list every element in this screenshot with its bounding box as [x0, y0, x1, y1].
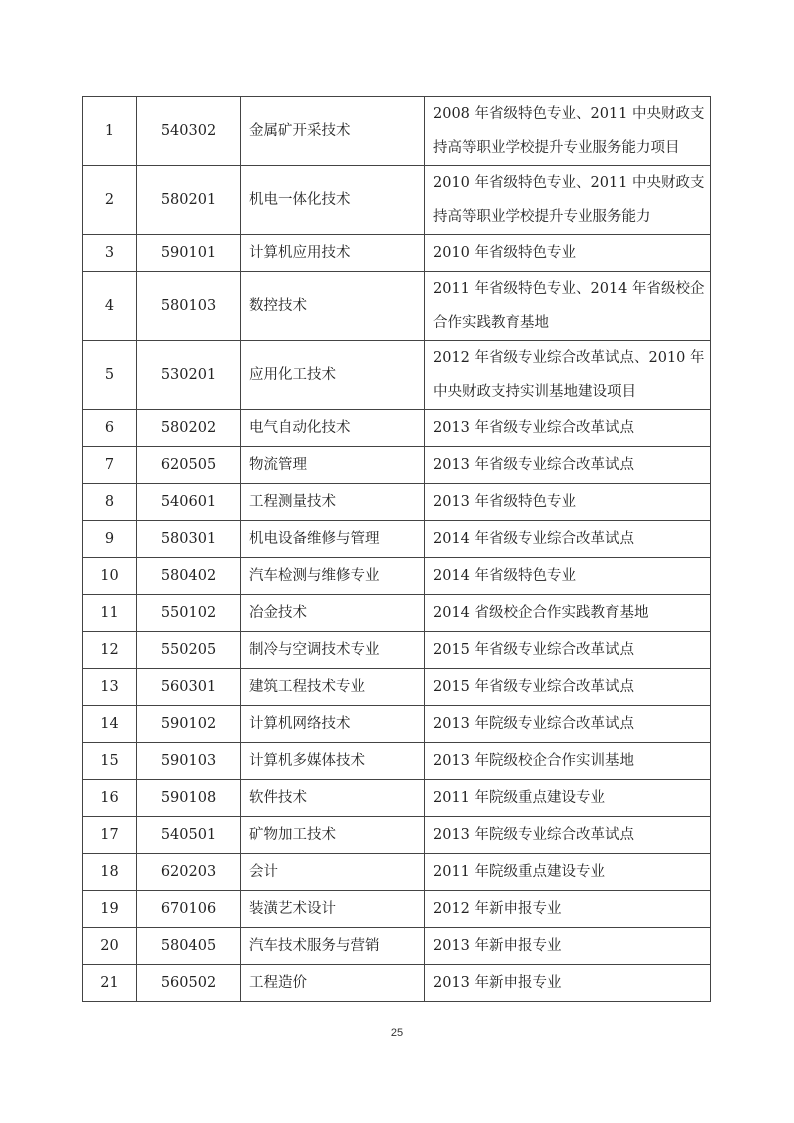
major-name-cell: 汽车技术服务与营销	[241, 928, 425, 965]
row-number-cell: 14	[83, 706, 137, 743]
major-code-cell: 620203	[137, 854, 241, 891]
majors-table: 1540302金属矿开采技术2008 年省级特色专业、2011 中央财政支持高等…	[82, 96, 711, 1002]
table-row: 4580103数控技术2011 年省级特色专业、2014 年省级校企合作实践教育…	[83, 272, 711, 341]
major-name-cell: 物流管理	[241, 447, 425, 484]
major-name-cell: 机电设备维修与管理	[241, 521, 425, 558]
major-name-cell: 工程测量技术	[241, 484, 425, 521]
major-description-cell: 2013 年院级专业综合改革试点	[425, 706, 711, 743]
major-description-cell: 2013 年省级专业综合改革试点	[425, 447, 711, 484]
row-number-cell: 5	[83, 341, 137, 410]
major-description-cell: 2015 年省级专业综合改革试点	[425, 669, 711, 706]
row-number-cell: 9	[83, 521, 137, 558]
major-description-cell: 2011 年省级特色专业、2014 年省级校企合作实践教育基地	[425, 272, 711, 341]
major-name-cell: 装潢艺术设计	[241, 891, 425, 928]
major-description-cell: 2010 年省级特色专业、2011 中央财政支持高等职业学校提升专业服务能力	[425, 166, 711, 235]
major-description-cell: 2013 年省级特色专业	[425, 484, 711, 521]
table-row: 20580405汽车技术服务与营销2013 年新申报专业	[83, 928, 711, 965]
row-number-cell: 3	[83, 235, 137, 272]
major-code-cell: 540501	[137, 817, 241, 854]
row-number-cell: 15	[83, 743, 137, 780]
row-number-cell: 13	[83, 669, 137, 706]
row-number-cell: 19	[83, 891, 137, 928]
major-description-cell: 2011 年院级重点建设专业	[425, 780, 711, 817]
table-row: 18620203会计2011 年院级重点建设专业	[83, 854, 711, 891]
major-name-cell: 冶金技术	[241, 595, 425, 632]
row-number-cell: 2	[83, 166, 137, 235]
major-name-cell: 计算机应用技术	[241, 235, 425, 272]
row-number-cell: 4	[83, 272, 137, 341]
table-row: 19670106装潢艺术设计2012 年新申报专业	[83, 891, 711, 928]
major-code-cell: 580202	[137, 410, 241, 447]
row-number-cell: 10	[83, 558, 137, 595]
major-description-cell: 2010 年省级特色专业	[425, 235, 711, 272]
majors-table-body: 1540302金属矿开采技术2008 年省级特色专业、2011 中央财政支持高等…	[83, 97, 711, 1002]
major-code-cell: 580201	[137, 166, 241, 235]
major-description-cell: 2012 年省级专业综合改革试点、2010 年中央财政支持实训基地建设项目	[425, 341, 711, 410]
major-name-cell: 制冷与空调技术专业	[241, 632, 425, 669]
major-code-cell: 670106	[137, 891, 241, 928]
major-description-cell: 2013 年院级专业综合改革试点	[425, 817, 711, 854]
major-code-cell: 590102	[137, 706, 241, 743]
row-number-cell: 17	[83, 817, 137, 854]
table-row: 6580202电气自动化技术2013 年省级专业综合改革试点	[83, 410, 711, 447]
table-row: 13560301建筑工程技术专业2015 年省级专业综合改革试点	[83, 669, 711, 706]
table-row: 15590103计算机多媒体技术2013 年院级校企合作实训基地	[83, 743, 711, 780]
major-description-cell: 2011 年院级重点建设专业	[425, 854, 711, 891]
row-number-cell: 16	[83, 780, 137, 817]
major-code-cell: 580103	[137, 272, 241, 341]
major-description-cell: 2013 年新申报专业	[425, 928, 711, 965]
row-number-cell: 18	[83, 854, 137, 891]
major-name-cell: 金属矿开采技术	[241, 97, 425, 166]
major-code-cell: 540601	[137, 484, 241, 521]
major-code-cell: 620505	[137, 447, 241, 484]
row-number-cell: 1	[83, 97, 137, 166]
table-row: 2580201机电一体化技术2010 年省级特色专业、2011 中央财政支持高等…	[83, 166, 711, 235]
major-description-cell: 2012 年新申报专业	[425, 891, 711, 928]
major-code-cell: 580402	[137, 558, 241, 595]
major-code-cell: 550102	[137, 595, 241, 632]
table-row: 5530201应用化工技术2012 年省级专业综合改革试点、2010 年中央财政…	[83, 341, 711, 410]
row-number-cell: 7	[83, 447, 137, 484]
row-number-cell: 11	[83, 595, 137, 632]
table-row: 7620505物流管理2013 年省级专业综合改革试点	[83, 447, 711, 484]
major-description-cell: 2014 省级校企合作实践教育基地	[425, 595, 711, 632]
major-name-cell: 机电一体化技术	[241, 166, 425, 235]
major-name-cell: 计算机网络技术	[241, 706, 425, 743]
major-name-cell: 建筑工程技术专业	[241, 669, 425, 706]
major-code-cell: 560301	[137, 669, 241, 706]
row-number-cell: 21	[83, 965, 137, 1002]
page-number: 25	[0, 1027, 794, 1039]
major-description-cell: 2008 年省级特色专业、2011 中央财政支持高等职业学校提升专业服务能力项目	[425, 97, 711, 166]
major-code-cell: 550205	[137, 632, 241, 669]
major-description-cell: 2013 年院级校企合作实训基地	[425, 743, 711, 780]
major-name-cell: 电气自动化技术	[241, 410, 425, 447]
major-code-cell: 590108	[137, 780, 241, 817]
table-row: 10580402汽车检测与维修专业2014 年省级特色专业	[83, 558, 711, 595]
major-name-cell: 会计	[241, 854, 425, 891]
table-row: 21560502工程造价2013 年新申报专业	[83, 965, 711, 1002]
row-number-cell: 20	[83, 928, 137, 965]
major-code-cell: 580301	[137, 521, 241, 558]
row-number-cell: 8	[83, 484, 137, 521]
table-row: 1540302金属矿开采技术2008 年省级特色专业、2011 中央财政支持高等…	[83, 97, 711, 166]
major-description-cell: 2015 年省级专业综合改革试点	[425, 632, 711, 669]
major-code-cell: 530201	[137, 341, 241, 410]
major-name-cell: 汽车检测与维修专业	[241, 558, 425, 595]
table-row: 14590102计算机网络技术2013 年院级专业综合改革试点	[83, 706, 711, 743]
major-name-cell: 工程造价	[241, 965, 425, 1002]
major-name-cell: 矿物加工技术	[241, 817, 425, 854]
table-row: 3590101计算机应用技术2010 年省级特色专业	[83, 235, 711, 272]
major-name-cell: 计算机多媒体技术	[241, 743, 425, 780]
major-description-cell: 2013 年新申报专业	[425, 965, 711, 1002]
major-code-cell: 560502	[137, 965, 241, 1002]
major-code-cell: 590101	[137, 235, 241, 272]
major-code-cell: 580405	[137, 928, 241, 965]
major-code-cell: 590103	[137, 743, 241, 780]
table-row: 8540601工程测量技术2013 年省级特色专业	[83, 484, 711, 521]
major-description-cell: 2014 年省级专业综合改革试点	[425, 521, 711, 558]
table-row: 12550205制冷与空调技术专业2015 年省级专业综合改革试点	[83, 632, 711, 669]
row-number-cell: 6	[83, 410, 137, 447]
major-name-cell: 数控技术	[241, 272, 425, 341]
major-name-cell: 应用化工技术	[241, 341, 425, 410]
major-name-cell: 软件技术	[241, 780, 425, 817]
major-code-cell: 540302	[137, 97, 241, 166]
table-row: 17540501矿物加工技术2013 年院级专业综合改革试点	[83, 817, 711, 854]
row-number-cell: 12	[83, 632, 137, 669]
table-row: 11550102冶金技术2014 省级校企合作实践教育基地	[83, 595, 711, 632]
table-row: 16590108软件技术2011 年院级重点建设专业	[83, 780, 711, 817]
table-row: 9580301机电设备维修与管理2014 年省级专业综合改革试点	[83, 521, 711, 558]
major-description-cell: 2014 年省级特色专业	[425, 558, 711, 595]
major-description-cell: 2013 年省级专业综合改革试点	[425, 410, 711, 447]
